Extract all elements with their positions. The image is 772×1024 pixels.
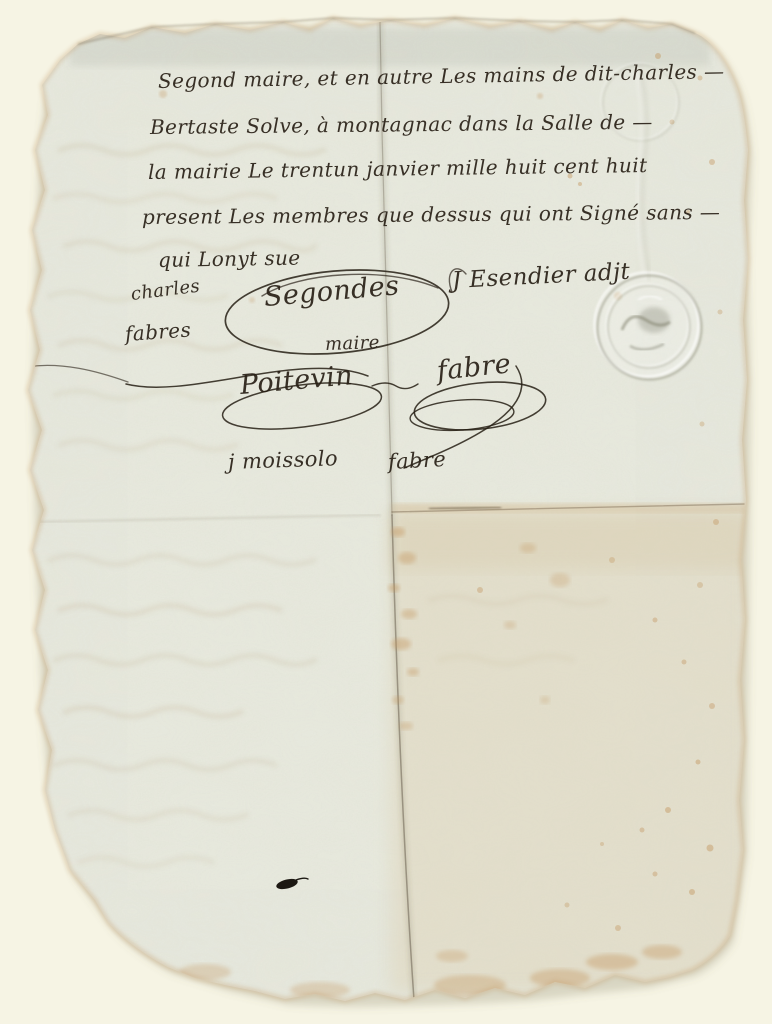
aged-quadrant [390,510,750,992]
paper-scan-graphic [0,0,772,1024]
scanned-document-page: Segond maire, et en autre Les mains de d… [0,0,772,1024]
top-fold-shading [70,28,710,66]
embossed-seal [595,273,702,380]
